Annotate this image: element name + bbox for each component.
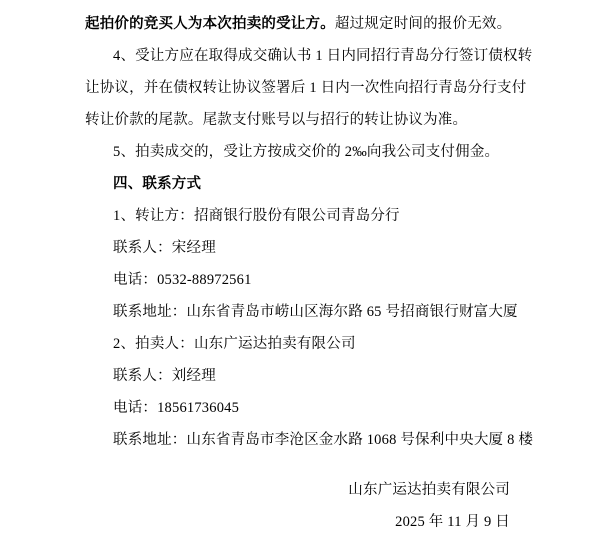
intro-bold-text: 起拍价的竞买人为本次拍卖的受让方。 bbox=[85, 16, 335, 32]
auctioneer-title: 2、拍卖人：山东广运达拍卖有限公司 bbox=[85, 328, 511, 360]
intro-regular-text: 超过规定时间的报价无效。 bbox=[335, 16, 511, 32]
signature-company: 山东广运达拍卖有限公司 bbox=[85, 474, 511, 506]
auctioneer-phone: 电话：18561736045 bbox=[85, 392, 511, 424]
document-body: 起拍价的竞买人为本次拍卖的受让方。超过规定时间的报价无效。 4、受让方应在取得成… bbox=[85, 8, 511, 537]
signature-date: 2025 年 11 月 9 日 bbox=[85, 506, 511, 537]
auctioneer-contact-person: 联系人：刘经理 bbox=[85, 360, 511, 392]
section-heading-contact-info: 四、联系方式 bbox=[85, 168, 511, 200]
document-page: 起拍价的竞买人为本次拍卖的受让方。超过规定时间的报价无效。 4、受让方应在取得成… bbox=[0, 0, 594, 537]
clause4-line3: 转让价款的尾款。尾款支付账号以与招行的转让协议为准。 bbox=[85, 104, 511, 136]
signature-spacer bbox=[85, 456, 511, 474]
transferor-title: 1、转让方：招商银行股份有限公司青岛分行 bbox=[85, 200, 511, 232]
clause5-line: 5、拍卖成交的，受让方按成交价的 2‰向我公司支付佣金。 bbox=[85, 136, 511, 168]
clause4-line1: 4、受让方应在取得成交确认书 1 日内同招行青岛分行签订债权转 bbox=[85, 40, 511, 72]
intro-line: 起拍价的竞买人为本次拍卖的受让方。超过规定时间的报价无效。 bbox=[85, 8, 511, 40]
clause4-line2: 让协议，并在债权转让协议签署后 1 日内一次性向招行青岛分行支付 bbox=[85, 72, 511, 104]
transferor-contact-person: 联系人：宋经理 bbox=[85, 232, 511, 264]
transferor-address: 联系地址：山东省青岛市崂山区海尔路 65 号招商银行财富大厦 bbox=[85, 296, 511, 328]
auctioneer-address: 联系地址：山东省青岛市李沧区金水路 1068 号保利中央大厦 8 楼 bbox=[85, 424, 511, 456]
transferor-phone: 电话：0532-88972561 bbox=[85, 264, 511, 296]
